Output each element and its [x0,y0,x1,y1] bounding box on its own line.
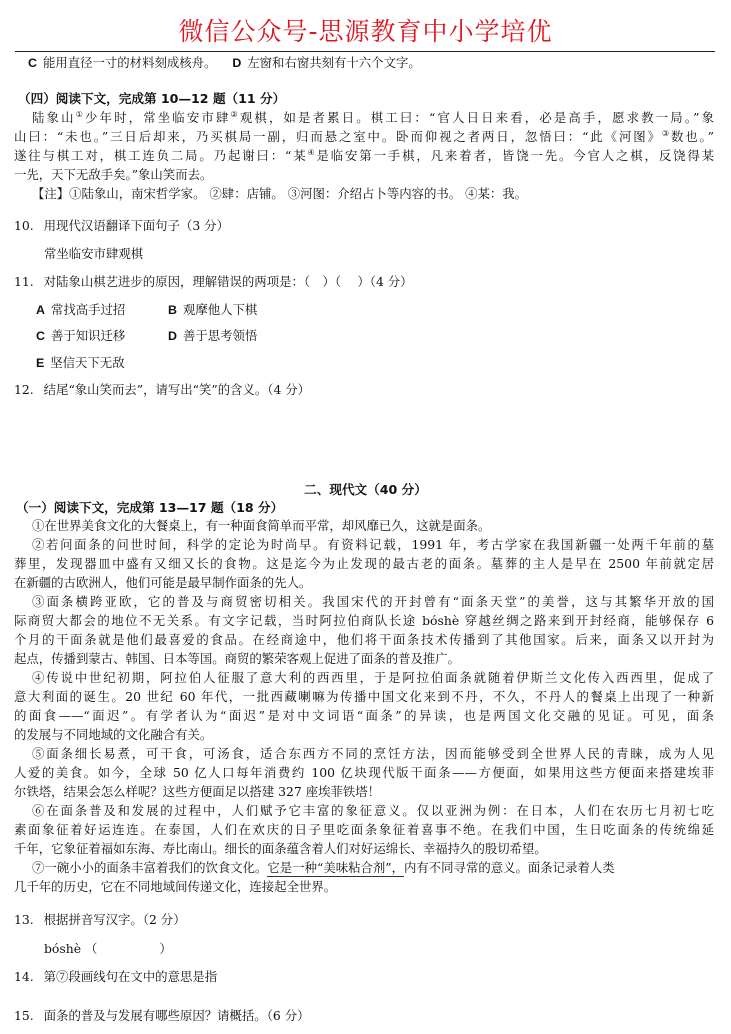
question-text: 对陆象山棋艺进步的原因，理解错误的两项是：（ ）（ ）（4 分） [44,274,413,289]
option-a: A常找高手过招 [36,304,125,316]
question-number: 10. [14,218,34,233]
option-d: D善于思考领悟 [168,330,257,342]
passage-line: 个月的干面条就是他们最喜爱的食品。在经商途中，他们将干面条技术传播到了其他国家。… [14,634,714,646]
option-letter: C [36,329,45,343]
option-letter: A [36,303,45,317]
passage-line: 意大利面的诞生。20 世纪 60 年代，一批西藏喇嘛为传播中国文化来到不丹，不久… [14,691,714,703]
question-10-sentence: 常坐临安市肆观棋 [44,248,143,260]
option-letter: D [168,329,177,343]
question-text: 面条的普及与发展有哪些原因？请概括。（6 分） [44,1008,310,1023]
passage-line-p7: ⑦一碗小小的面条丰富着我们的饮食文化。它是一种“美味粘合剂”，内有不同寻常的意义… [32,862,615,874]
section4-passage-line-3: 遂往与棋工对，棋工连负二局。乃起谢曰：“某④是临安第一手棋，凡来着者，皆饶一先。… [14,150,714,162]
passage-line: 千年，它象征着福如东海、寿比南山。细长的面条蕴含着人们对好运绵长、幸福持久的殷切… [14,843,547,855]
option-text: 观摩他人下棋 [183,302,257,317]
passage-line: ④传说中世纪初期，阿拉伯人征服了意大利的西西里，于是阿拉伯面条就随着伊斯兰文化传… [32,672,714,684]
section4-passage-line-4: 一先，天下无敌手矣。”象山笑而去。 [14,169,212,181]
question-text: 用现代汉语翻译下面句子（3 分） [44,218,229,233]
passage-line: 际商贸大都会的地位不无关系。有文字记载，当时阿拉伯商队长途 bóshè 穿越丝绸… [14,615,714,627]
question-number: 12. [14,382,34,397]
passage-line: 人爱的美食。如今，全球 50 亿人口每年消费约 100 亿块现代版干面条——方便… [14,767,714,779]
question-text: 第⑦段画线句在文中的意思是指 [44,969,217,984]
passage-line: 尔铁塔，结果会怎么样呢？这些方便面足以搭建 327 座埃菲铁塔！ [14,786,380,798]
option-letter: B [168,303,177,317]
passage-line: 素面象征着好运连连。在泰国，人们在欢庆的日子里吃面条象征着喜事不绝。在我们中国，… [14,824,714,836]
underlined-sentence: 它是一种“美味粘合剂”， [267,860,404,877]
section4-title: （四）阅读下文，完成第 10—12 题（11 分） [18,93,285,106]
option-text-d: 左窗和右窗共刻有十六个文字。 [247,55,420,70]
question-text: 根据拼音写汉字。（2 分） [44,912,186,927]
section4-passage-line-2: 山曰：“未也。”三日后却来，乃买棋局一副，归而悬之室中。卧而仰视之者两日，忽悟曰… [14,131,714,143]
option-letter-d: D [232,56,241,70]
option-b: B观摩他人下棋 [168,304,257,316]
passage-line: 葬里，发现器皿中盛有又细又长的食物。这是迄今为止发现的最古老的面条。墓葬的主人是… [14,558,714,570]
prev-options-row: C能用直径一寸的材料刻成核舟。 D左窗和右窗共刻有十六个文字。 [28,57,421,69]
question-13: 13. 根据拼音写汉字。（2 分） [14,914,186,926]
question-12: 12. 结尾“象山笑而去”，请写出“笑”的含义。（4 分） [14,384,310,396]
header-divider [15,51,715,52]
option-c: C善于知识迁移 [36,330,125,342]
option-text-c: 能用直径一寸的材料刻成核舟。 [43,55,216,70]
passage-line: 的面食——“面迟”。有学者认为“面迟”是对中文词语“面条”的异读，也是两国文化交… [14,710,714,722]
question-11: 11. 对陆象山棋艺进步的原因，理解错误的两项是：（ ）（ ）（4 分） [14,276,413,288]
question-text: 结尾“象山笑而去”，请写出“笑”的含义。（4 分） [44,382,310,397]
question-number: 11. [14,274,34,289]
option-text: 善于思考领悟 [183,328,257,343]
option-letter-c: C [28,56,37,70]
question-10: 10. 用现代汉语翻译下面句子（3 分） [14,220,229,232]
question-number: 14. [14,969,34,984]
option-text: 善于知识迁移 [51,328,125,343]
passage-line: ①在世界美食文化的大餐桌上，有一种面食简单而平常，却风靡已久，这就是面条。 [32,520,490,532]
option-letter: E [36,356,44,370]
section4-passage-line-1: 陆象山①少年时，常坐临安市肆②观棋，如是者累日。棋工曰：“官人日日来看，必是高手… [32,112,714,124]
passage-line: ⑤面条细长易煮，可干食，可汤食，适合东西方不同的烹饪方法，因而能够受到全世界人民… [32,748,714,760]
question-number: 15. [14,1008,34,1023]
passage-line: ②若问面条的问世时间，科学的定论为时尚早。有资料记载，1991 年，考古学家在我… [32,539,714,551]
option-text: 坚信天下无敌 [50,355,124,370]
passage-line: 的发展与不同地域的文化融合有关。 [14,729,212,741]
passage-line: 起点，传播到蒙古、韩国、日本等国。商贸的繁荣客观上促进了面条的普及推广。 [14,653,460,665]
question-14: 14. 第⑦段画线句在文中的意思是指 [14,971,217,983]
passage-line: ⑥在面条普及和发展的过程中，人们赋予它丰富的象征意义。仅以亚洲为例：在日本，人们… [32,805,714,817]
part2-subsection-title: （一）阅读下文，完成第 13—17 题（18 分） [16,502,283,515]
question-15: 15. 面条的普及与发展有哪些原因？请概括。（6 分） [14,1010,310,1022]
section4-note: 【注】①陆象山，南宋哲学家。 ②肆：店铺。 ③河图：介绍占卜等内容的书。 ④某：… [32,188,527,200]
question-number: 13. [14,912,34,927]
part2-title: 二、现代文（40 分） [0,484,731,497]
p7-start: ⑦一碗小小的面条丰富着我们的饮食文化。 [32,860,267,875]
passage-line: 几千年的历史，它在不同地域间传递文化，连接起全世界。 [14,881,336,893]
p7-rest: 内有不同寻常的意义。面条记录着人类 [404,860,615,875]
passage-line: 在新疆的古欧洲人，他们可能是最早制作面条的先人。 [14,577,311,589]
passage-line: ③面条横跨亚欧，它的普及与商贸密切相关。我国宋代的开封曾有“面条天堂”的美誉，这… [32,596,714,608]
watermark-header-title: 微信公众号-思源教育中小学培优 [0,12,731,48]
question-13-pinyin: bóshè （ ） [44,943,172,955]
option-text: 常找高手过招 [51,302,125,317]
option-e: E坚信天下无敌 [36,357,125,369]
